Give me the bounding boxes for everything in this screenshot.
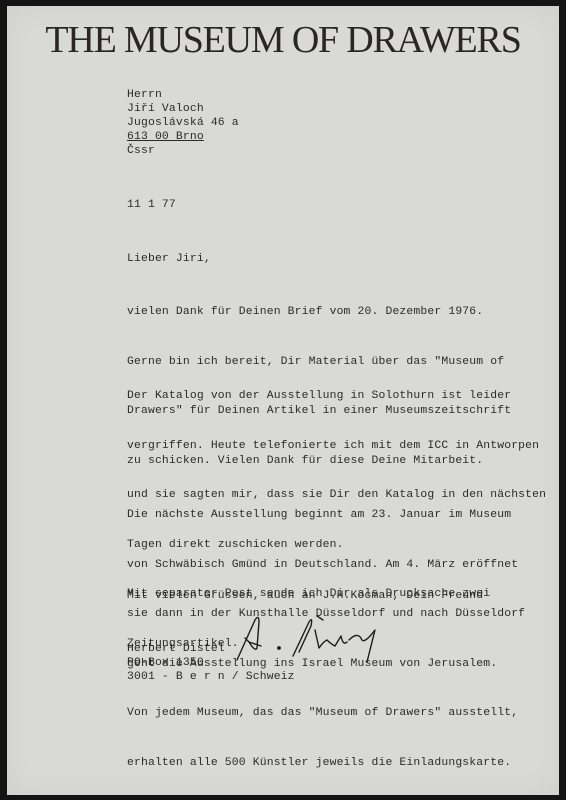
letterhead-title: THE MUSEUM OF DRAWERS [7,20,559,60]
recipient-address: HerrnJiří ValochJugoslávská 46 a613 00 B… [127,88,239,158]
text-line: Der Katalog von der Ausstellung in Solot… [127,388,546,405]
letter-page: THE MUSEUM OF DRAWERS HerrnJiří ValochJu… [7,6,559,795]
text-line: Die nächste Ausstellung beginnt am 23. J… [127,507,525,524]
text-line: Von jedem Museum, das das "Museum of Dra… [127,705,525,722]
recipient-city: 613 00 Brno [127,130,239,144]
sender-address: Herbert DistelPO-Box 13503001 - B e r n … [127,642,295,684]
sender-name: Herbert Distel [127,642,295,656]
recipient-country: Čssr [127,144,239,158]
letter-date: 11 1 77 [127,199,176,211]
recipient-name: Jiří Valoch [127,102,239,116]
text-line: vielen Dank für Deinen Brief vom 20. Dez… [127,304,511,321]
recipient-salutation: Herrn [127,88,239,102]
text-line: vergriffen. Heute telefonierte ich mit d… [127,438,546,455]
greeting: Lieber Jiri, [127,253,211,265]
sender-po-box: PO-Box 1350 [127,656,295,670]
recipient-street: Jugoslávská 46 a [127,116,239,130]
sender-city: 3001 - B e r n / Schweiz [127,670,295,684]
text-line: erhalten alle 500 Künstler jeweils die E… [127,755,525,772]
text-line: von Schwäbisch Gmünd in Deutschland. Am … [127,557,525,574]
closing-line: Mit vielen Grüssen, auch an J.H.Kocman, … [127,590,483,602]
